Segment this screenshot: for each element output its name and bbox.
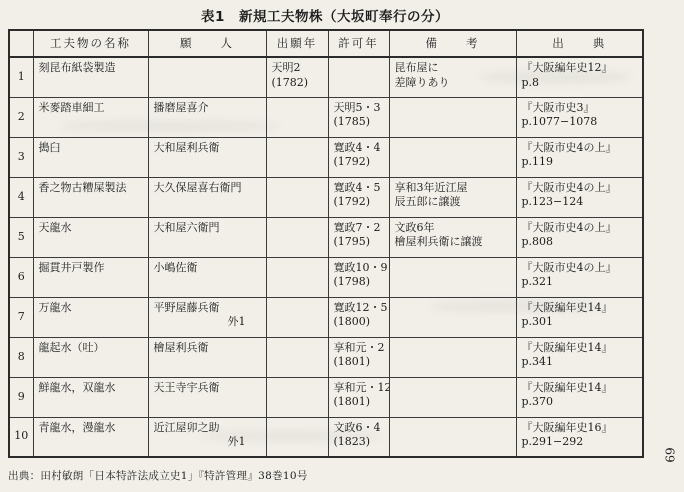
table-row: 8龍起水（吐）檜屋利兵衛享和元・2(1801)『大阪編年史14』p.341: [9, 337, 643, 377]
cell-line: 『大阪市史4の上』: [522, 141, 639, 156]
permit-year-cell: 享和元・12(1801): [328, 377, 389, 417]
cell-line: 香之物古糟屎製法: [39, 181, 144, 196]
applicant-cell: 天王寺宇兵衛: [148, 377, 266, 417]
cell-line: 檜屋利兵衛: [154, 341, 262, 356]
cell-line: 差障りあり: [395, 76, 512, 91]
cell-line: 『大阪編年史16』: [522, 421, 639, 436]
cell-line: p.123−124: [522, 195, 639, 210]
cell-line: 天龍水: [39, 221, 144, 236]
source-footnote: 出典：田村敏朗「日本特許法成立史1」『特許管理』38巻10号: [8, 468, 308, 483]
cell-line: 3: [10, 150, 33, 165]
cell-line: p.291−292: [522, 435, 639, 450]
cell-line: 9: [10, 390, 33, 405]
invention-name-cell: 掘貫井戸製作: [33, 257, 148, 297]
cell-line: (1795): [334, 235, 385, 250]
applicant-cell: 小嶋佐衛: [148, 257, 266, 297]
cell-line: 刻昆布紙袋製造: [39, 61, 144, 76]
permit-year-cell: 寛政10・9(1798): [328, 257, 389, 297]
header-remarks: 備 考: [389, 30, 516, 57]
cell-line: 万龍水: [39, 301, 144, 316]
permit-year-cell: 寛政4・5(1792): [328, 177, 389, 217]
source-cell: 『大阪市史4の上』p.123−124: [516, 177, 643, 217]
cell-line: 『大阪編年史14』: [522, 341, 639, 356]
header-applicant: 願 人: [148, 30, 266, 57]
invention-name-cell: 青龍水，漫龍水: [33, 417, 148, 457]
cell-line: (1785): [334, 115, 385, 130]
cell-line: 文政6年: [395, 221, 512, 236]
header-application-year: 出願年: [266, 30, 328, 57]
applicant-cell: 檜屋利兵衛: [148, 337, 266, 377]
cell-line: 寛政10・9: [334, 261, 385, 276]
cell-line: 享和元・12: [334, 381, 385, 396]
header-source: 出 典: [516, 30, 643, 57]
cell-line: 『大阪市史4の上』: [522, 181, 639, 196]
table-row: 5天龍水大和屋六衛門寛政7・2(1795)文政6年檜屋利兵衛に譲渡『大阪市史4の…: [9, 217, 643, 257]
cell-line: p.301: [522, 315, 639, 330]
page-number: 69: [663, 447, 677, 462]
invention-name-cell: 香之物古糟屎製法: [33, 177, 148, 217]
cell-line: 寛政12・5: [334, 301, 385, 316]
source-cell: 『大阪編年史14』p.341: [516, 337, 643, 377]
row-number-cell: 9: [9, 377, 33, 417]
cell-line: 『大阪市史4の上』: [522, 221, 639, 236]
cell-line: 2: [10, 110, 33, 125]
remarks-cell: [389, 97, 516, 137]
table-title: 表1 新規工夫物株（大坂町奉行の分）: [0, 5, 650, 25]
cell-line: 平野屋藤兵衛: [154, 301, 262, 316]
cell-line: 大和屋利兵衛: [154, 141, 262, 156]
table-body: 1刻昆布紙袋製造天明2(1782)昆布屋に差障りあり『大阪編年史12』p.82米…: [9, 57, 643, 457]
table-row: 1刻昆布紙袋製造天明2(1782)昆布屋に差障りあり『大阪編年史12』p.8: [9, 57, 643, 97]
application-year-cell: [266, 337, 328, 377]
application-year-cell: [266, 97, 328, 137]
cell-line: 搗臼: [39, 141, 144, 156]
cell-line: 鮮龍水，双龍水: [39, 381, 144, 396]
remarks-cell: [389, 337, 516, 377]
row-number-cell: 4: [9, 177, 33, 217]
cell-line: (1782): [272, 76, 324, 91]
applicant-cell: 播磨屋喜介: [148, 97, 266, 137]
cell-line: 昆布屋に: [395, 61, 512, 76]
source-cell: 『大阪編年史14』p.301: [516, 297, 643, 337]
invention-name-cell: 米麥踏車細工: [33, 97, 148, 137]
cell-line: 掘貫井戸製作: [39, 261, 144, 276]
invention-name-cell: 万龍水: [33, 297, 148, 337]
invention-name-cell: 龍起水（吐）: [33, 337, 148, 377]
cell-line: 天明5・3: [334, 101, 385, 116]
cell-line: 『大阪編年史14』: [522, 381, 639, 396]
applicant-cell: 大和屋利兵衛: [148, 137, 266, 177]
permit-year-cell: [328, 57, 389, 97]
cell-line: 寛政7・2: [334, 221, 385, 236]
cell-line: p.321: [522, 275, 639, 290]
table-row: 7万龍水平野屋藤兵衛外1寛政12・5(1800)『大阪編年史14』p.301: [9, 297, 643, 337]
cell-line: 寛政4・5: [334, 181, 385, 196]
cell-line: 龍起水（吐）: [39, 341, 144, 356]
application-year-cell: 天明2(1782): [266, 57, 328, 97]
cell-line: 米麥踏車細工: [39, 101, 144, 116]
permit-year-cell: 寛政7・2(1795): [328, 217, 389, 257]
source-cell: 『大阪市史4の上』p.321: [516, 257, 643, 297]
cell-line: 青龍水，漫龍水: [39, 421, 144, 436]
cell-line: 享和3年近江屋: [395, 181, 512, 196]
cell-line: 『大阪編年史14』: [522, 301, 639, 316]
header-permit-year: 許可年: [328, 30, 389, 57]
permit-year-cell: 天明5・3(1785): [328, 97, 389, 137]
invention-name-cell: 搗臼: [33, 137, 148, 177]
row-number-cell: 3: [9, 137, 33, 177]
cell-line: p.119: [522, 155, 639, 170]
cell-line: 大久保屋喜右衛門: [154, 181, 262, 196]
cell-line: 大和屋六衛門: [154, 221, 262, 236]
source-cell: 『大阪市史3』p.1077−1078: [516, 97, 643, 137]
permit-year-cell: 享和元・2(1801): [328, 337, 389, 377]
remarks-cell: [389, 297, 516, 337]
table-row: 4香之物古糟屎製法大久保屋喜右衛門寛政4・5(1792)享和3年近江屋辰五郎に譲…: [9, 177, 643, 217]
invention-name-cell: 刻昆布紙袋製造: [33, 57, 148, 97]
applicant-cell: [148, 57, 266, 97]
remarks-cell: [389, 417, 516, 457]
application-year-cell: [266, 257, 328, 297]
cell-line: 近江屋卯之助: [154, 421, 262, 436]
header-no: [9, 30, 33, 57]
source-cell: 『大阪編年史14』p.370: [516, 377, 643, 417]
patent-table: 工夫物の名称 願 人 出願年 許可年 備 考 出 典 1刻昆布紙袋製造天明2(1…: [8, 29, 644, 458]
cell-line: 6: [10, 270, 33, 285]
cell-line: 『大阪市史4の上』: [522, 261, 639, 276]
source-cell: 『大阪編年史12』p.8: [516, 57, 643, 97]
cell-line: 4: [10, 190, 33, 205]
row-number-cell: 1: [9, 57, 33, 97]
applicant-cell: 近江屋卯之助外1: [148, 417, 266, 457]
row-number-cell: 7: [9, 297, 33, 337]
table-row: 9鮮龍水，双龍水天王寺宇兵衛享和元・12(1801)『大阪編年史14』p.370: [9, 377, 643, 417]
table-row: 6掘貫井戸製作小嶋佐衛寛政10・9(1798)『大阪市史4の上』p.321: [9, 257, 643, 297]
row-number-cell: 5: [9, 217, 33, 257]
applicant-extra: 外1: [154, 435, 262, 450]
cell-line: (1792): [334, 155, 385, 170]
invention-name-cell: 鮮龍水，双龍水: [33, 377, 148, 417]
application-year-cell: [266, 177, 328, 217]
table-row: 3搗臼大和屋利兵衛寛政4・4(1792)『大阪市史4の上』p.119: [9, 137, 643, 177]
source-cell: 『大阪編年史16』p.291−292: [516, 417, 643, 457]
row-number-cell: 6: [9, 257, 33, 297]
cell-line: p.370: [522, 395, 639, 410]
application-year-cell: [266, 377, 328, 417]
remarks-cell: [389, 377, 516, 417]
remarks-cell: [389, 137, 516, 177]
applicant-cell: 大和屋六衛門: [148, 217, 266, 257]
permit-year-cell: 寛政4・4(1792): [328, 137, 389, 177]
applicant-extra: 外1: [154, 315, 262, 330]
applicant-cell: 平野屋藤兵衛外1: [148, 297, 266, 337]
applicant-cell: 大久保屋喜右衛門: [148, 177, 266, 217]
permit-year-cell: 文政6・4(1823): [328, 417, 389, 457]
cell-line: 寛政4・4: [334, 141, 385, 156]
row-number-cell: 8: [9, 337, 33, 377]
cell-line: 播磨屋喜介: [154, 101, 262, 116]
cell-line: (1801): [334, 355, 385, 370]
row-number-cell: 2: [9, 97, 33, 137]
source-cell: 『大阪市史4の上』p.119: [516, 137, 643, 177]
cell-line: 小嶋佐衛: [154, 261, 262, 276]
table-row: 10青龍水，漫龍水近江屋卯之助外1文政6・4(1823)『大阪編年史16』p.2…: [9, 417, 643, 457]
cell-line: 天王寺宇兵衛: [154, 381, 262, 396]
header-row: 工夫物の名称 願 人 出願年 許可年 備 考 出 典: [9, 30, 643, 57]
remarks-cell: [389, 257, 516, 297]
cell-line: 『大阪市史3』: [522, 101, 639, 116]
cell-line: (1801): [334, 395, 385, 410]
cell-line: 7: [10, 310, 33, 325]
table-row: 2米麥踏車細工播磨屋喜介天明5・3(1785)『大阪市史3』p.1077−107…: [9, 97, 643, 137]
application-year-cell: [266, 217, 328, 257]
header-invention-name: 工夫物の名称: [33, 30, 148, 57]
cell-line: (1800): [334, 315, 385, 330]
cell-line: 天明2: [272, 61, 324, 76]
cell-line: 10: [10, 429, 33, 444]
cell-line: 8: [10, 350, 33, 365]
cell-line: p.8: [522, 76, 639, 91]
cell-line: p.1077−1078: [522, 115, 639, 130]
cell-line: 檜屋利兵衛に譲渡: [395, 235, 512, 250]
cell-line: (1798): [334, 275, 385, 290]
remarks-cell: 文政6年檜屋利兵衛に譲渡: [389, 217, 516, 257]
cell-line: (1792): [334, 195, 385, 210]
application-year-cell: [266, 137, 328, 177]
cell-line: 享和元・2: [334, 341, 385, 356]
table-header: 工夫物の名称 願 人 出願年 許可年 備 考 出 典: [9, 30, 643, 57]
cell-line: 『大阪編年史12』: [522, 61, 639, 76]
invention-name-cell: 天龍水: [33, 217, 148, 257]
application-year-cell: [266, 297, 328, 337]
cell-line: p.808: [522, 235, 639, 250]
cell-line: p.341: [522, 355, 639, 370]
cell-line: (1823): [334, 435, 385, 450]
remarks-cell: 昆布屋に差障りあり: [389, 57, 516, 97]
source-cell: 『大阪市史4の上』p.808: [516, 217, 643, 257]
cell-line: 1: [10, 70, 33, 85]
row-number-cell: 10: [9, 417, 33, 457]
application-year-cell: [266, 417, 328, 457]
cell-line: 文政6・4: [334, 421, 385, 436]
cell-line: 辰五郎に譲渡: [395, 195, 512, 210]
cell-line: 5: [10, 230, 33, 245]
permit-year-cell: 寛政12・5(1800): [328, 297, 389, 337]
remarks-cell: 享和3年近江屋辰五郎に譲渡: [389, 177, 516, 217]
